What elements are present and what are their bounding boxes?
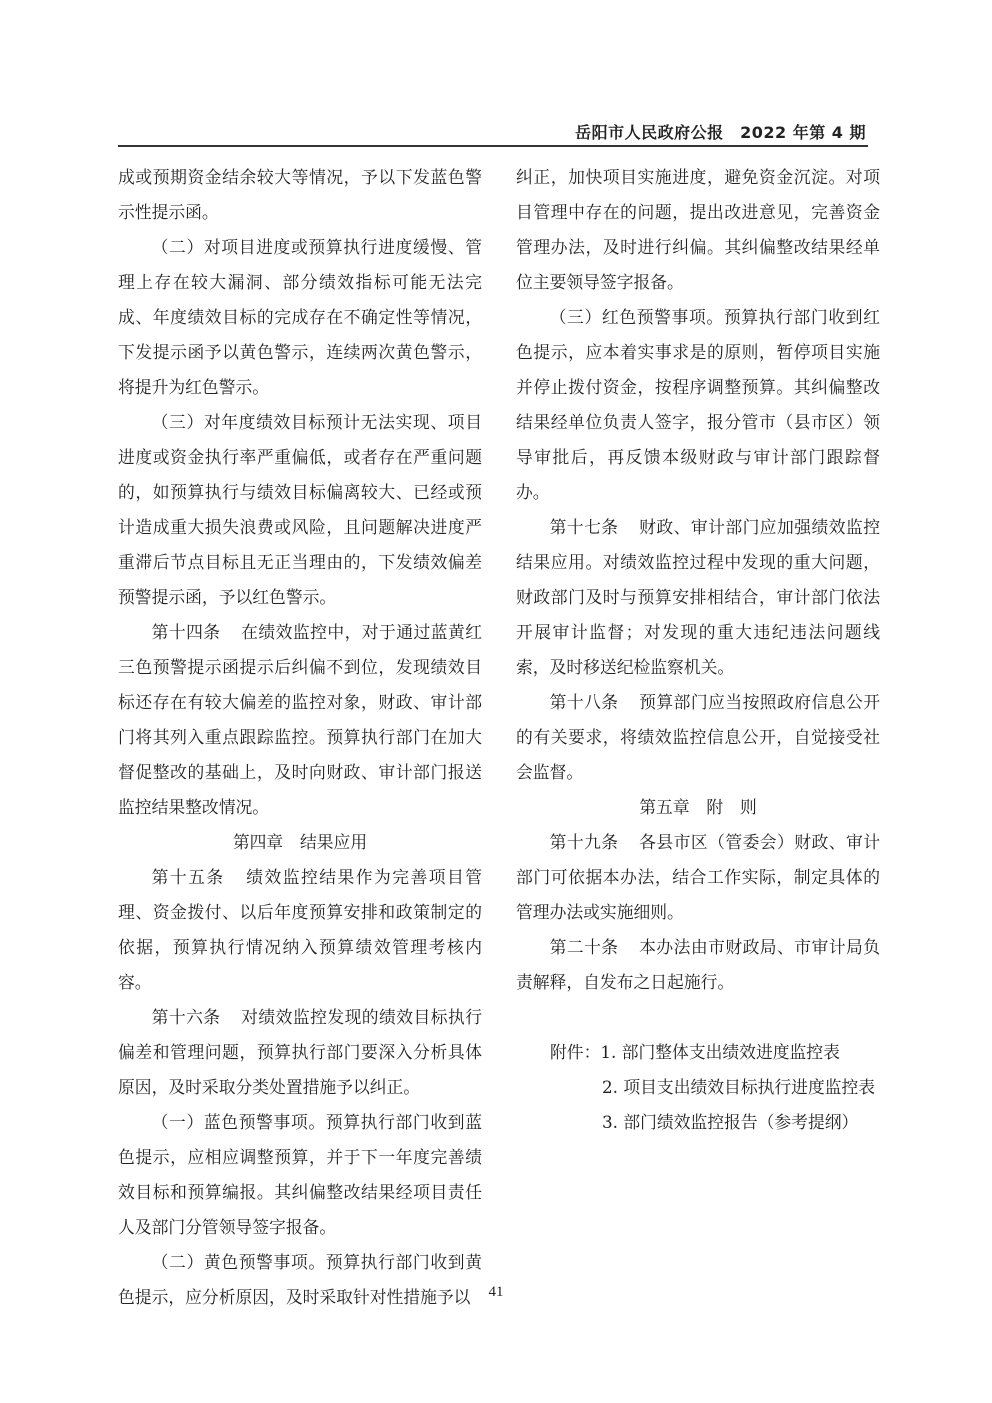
attachment-item: 2. 项目支出绩效目标执行进度监控表: [550, 1070, 880, 1105]
attachment-2: 2. 项目支出绩效目标执行进度监控表: [602, 1077, 875, 1097]
issue-number: 2022 年第 4 期: [740, 123, 866, 142]
article-14-title: 第十四条: [152, 622, 221, 642]
article-20-title: 第二十条: [550, 937, 619, 957]
article-18: 第十八条预算部门应当按照政府信息公开的有关要求，将绩效监控信息公开，自觉接受社会…: [516, 685, 880, 790]
chapter-4-heading: 第四章 结果应用: [118, 825, 482, 860]
paragraph-continuation: 成或预期资金结余较大等情况，予以下发蓝色警示性提示函。: [118, 160, 482, 230]
paragraph-blue-warning: （一）蓝色预警事项。预算执行部门收到蓝色提示，应相应调整预算，并于下一年度完善绩…: [118, 1105, 482, 1245]
article-14-body: 在绩效监控中，对于通过蓝黄红三色预警提示函提示后纠偏不到位，发现绩效目标还存在有…: [118, 622, 482, 817]
chapter-5-heading: 第五章 附 则: [516, 790, 880, 825]
article-18-title: 第十八条: [550, 692, 619, 712]
paragraph-yellow-warning-criteria: （二）对项目进度或预算执行进度缓慢、管理上存在较大漏洞、部分绩效指标可能无法完成…: [118, 230, 482, 405]
attachments-label: 附件：: [550, 1042, 600, 1062]
spacer: [516, 1000, 880, 1035]
attachments-list: 附件：1. 部门整体支出绩效进度监控表 2. 项目支出绩效目标执行进度监控表 3…: [516, 1035, 880, 1140]
article-17: 第十七条财政、审计部门应加强绩效监控结果应用。对绩效监控过程中发现的重大问题，财…: [516, 510, 880, 685]
article-19-title: 第十九条: [550, 832, 619, 852]
article-19: 第十九条各县市区（管委会）财政、审计部门可依据本办法，结合工作实际，制定具体的管…: [516, 825, 880, 930]
attachment-1: 1. 部门整体支出绩效进度监控表: [600, 1042, 840, 1062]
page-number: 41: [0, 1284, 992, 1301]
article-14: 第十四条在绩效监控中，对于通过蓝黄红三色预警提示函提示后纠偏不到位，发现绩效目标…: [118, 615, 482, 825]
paragraph-red-warning-criteria: （三）对年度绩效目标预计无法实现、项目进度或资金执行率严重偏低，或者存在严重问题…: [118, 405, 482, 615]
paragraph-red-warning: （三）红色预警事项。预算执行部门收到红色提示，应本着实事求是的原则，暂停项目实施…: [516, 300, 880, 510]
article-17-title: 第十七条: [550, 517, 619, 537]
running-header: 岳阳市人民政府公报 2022 年第 4 期: [118, 118, 868, 147]
article-17-body: 财政、审计部门应加强绩效监控结果应用。对绩效监控过程中发现的重大问题，财政部门及…: [516, 517, 880, 677]
right-column: 纠正，加快项目实施进度，避免资金沉淀。对项目管理中存在的问题，提出改进意见，完善…: [516, 160, 880, 1140]
attachment-item: 3. 部门绩效监控报告（参考提纲）: [550, 1105, 880, 1140]
article-16-title: 第十六条: [152, 1007, 221, 1027]
publication-name: 岳阳市人民政府公报: [575, 123, 724, 142]
left-column: 成或预期资金结余较大等情况，予以下发蓝色警示性提示函。 （二）对项目进度或预算执…: [118, 160, 482, 1315]
article-15-title: 第十五条: [152, 867, 225, 887]
article-16: 第十六条对绩效监控发现的绩效目标执行偏差和管理问题，预算执行部门要深入分析具体原…: [118, 1000, 482, 1105]
paragraph-yellow-warning: （二）黄色预警事项。预算执行部门收到黄色提示，应分析原因，及时采取针对性措施予以: [118, 1245, 482, 1315]
article-15: 第十五条绩效监控结果作为完善项目管理、资金拨付、以后年度预算安排和政策制定的依据…: [118, 860, 482, 1000]
attachment-item: 附件：1. 部门整体支出绩效进度监控表: [550, 1035, 880, 1070]
attachment-3: 3. 部门绩效监控报告（参考提纲）: [602, 1112, 858, 1132]
paragraph-yellow-warning-continued: 纠正，加快项目实施进度，避免资金沉淀。对项目管理中存在的问题，提出改进意见，完善…: [516, 160, 880, 300]
article-20: 第二十条本办法由市财政局、市审计局负责解释，自发布之日起施行。: [516, 930, 880, 1000]
publication-title: 岳阳市人民政府公报 2022 年第 4 期: [575, 120, 866, 143]
